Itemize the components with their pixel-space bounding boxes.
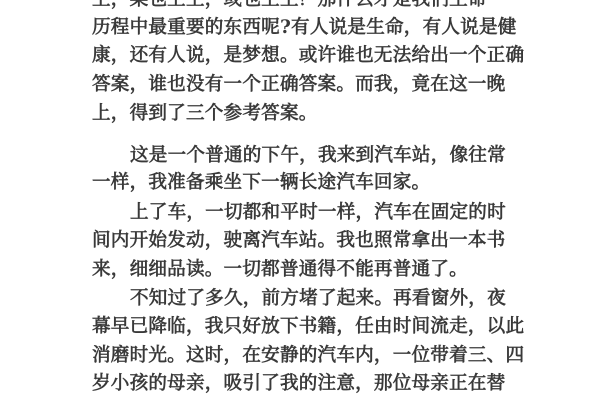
text-line: 岁小孩的母亲，吸引了我的注意，那位母亲正在替 xyxy=(92,373,505,395)
paragraph-first-line: 上了车，一切都和平时一样，汽车在固定的时 xyxy=(130,202,506,224)
text-line: 来，细细品读。一切都普通得不能再普通了。 xyxy=(92,259,468,281)
text-line: 上，得到了三个参考答案。 xyxy=(92,103,318,125)
text-line: 间内开始发动，驶离汽车站。我也照常拿出一本书 xyxy=(92,230,505,252)
paragraph-first-line: 这是一个普通的下午，我来到汽车站，像往常 xyxy=(130,145,506,167)
text-line: 消磨时光。这时，在安静的汽车内，一位带着三、四 xyxy=(92,345,524,367)
text-line: 答案，谁也没有一个正确答案。而我，竟在这一晚 xyxy=(92,74,505,96)
document-page: 上，某也上上，或也上上？那什么才是我们生命 历程中最重要的东西呢?有人说是生命，… xyxy=(0,0,600,400)
text-line: 康，还有人说，是梦想。或许谁也无法给出一个正确 xyxy=(92,45,524,67)
text-line: 幕早已降临，我只好放下书籍，任由时间流走，以此 xyxy=(92,316,524,338)
text-line: 上，某也上上，或也上上？那什么才是我们生命 xyxy=(92,0,487,11)
text-line: 历程中最重要的东西呢?有人说是生命，有人说是健 xyxy=(92,17,517,39)
text-line: 一样，我准备乘坐下一辆长途汽车回家。 xyxy=(92,172,430,194)
paragraph-first-line: 不知过了多久，前方堵了起来。再看窗外，夜 xyxy=(130,288,506,310)
